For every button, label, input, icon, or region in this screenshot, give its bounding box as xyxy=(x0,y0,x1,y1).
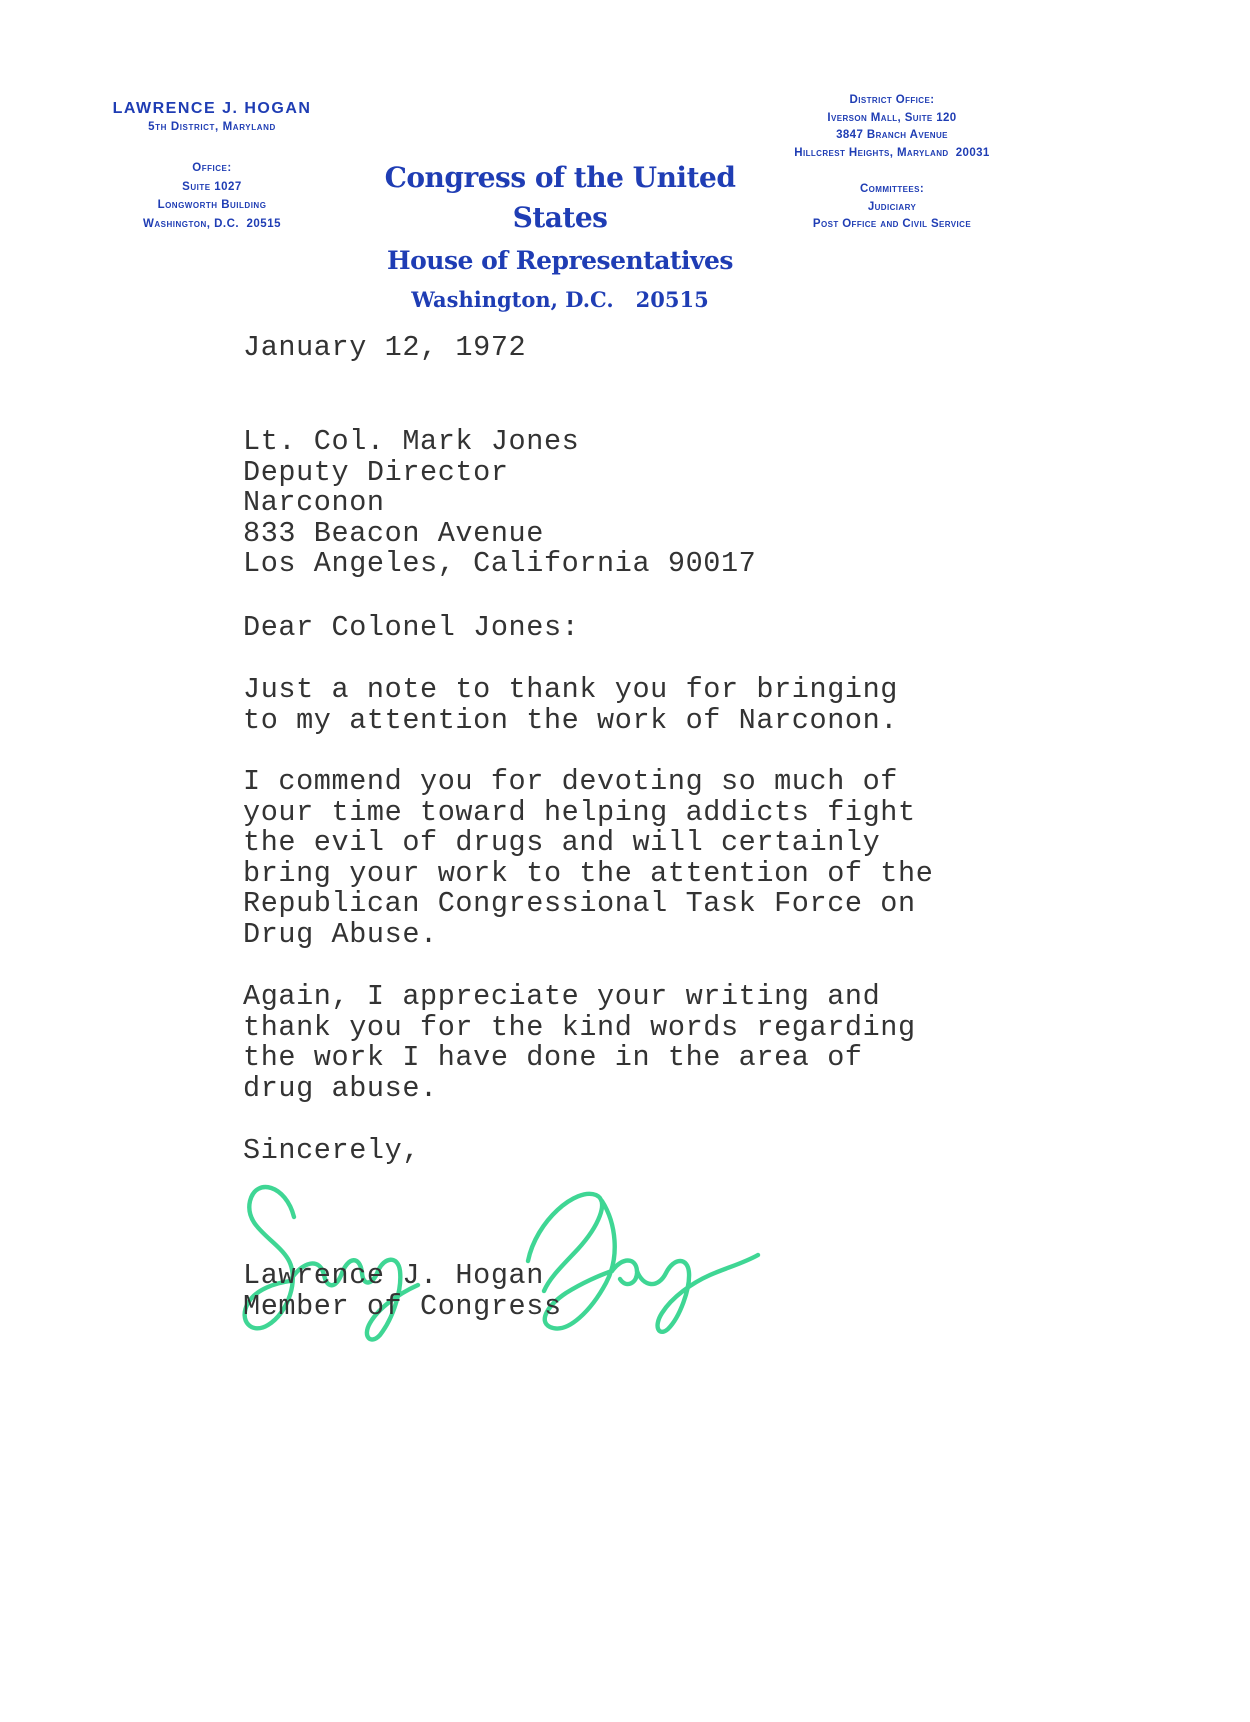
office-label: Office: xyxy=(96,159,328,178)
member-district: 5th District, Maryland xyxy=(96,121,328,133)
office-address-lines: Suite 1027 Longworth Building Washington… xyxy=(96,178,328,234)
letter-page: LAWRENCE J. HOGAN 5th District, Maryland… xyxy=(0,0,1250,1722)
committees-block: Committees: Judiciary Post Office and Ci… xyxy=(760,181,1024,234)
paragraph-3: Again, I appreciate your writing and tha… xyxy=(243,982,916,1104)
district-office-label: District Office: xyxy=(760,92,1024,110)
paragraph-1: Just a note to thank you for bringing to… xyxy=(243,675,898,736)
letterhead-title-block: Congress of the United States House of R… xyxy=(335,158,785,314)
committees-label: Committees: xyxy=(760,181,1024,199)
signer-name-title: Lawrence J. Hogan Member of Congress xyxy=(243,1261,562,1322)
paragraph-2: I commend you for devoting so much of yo… xyxy=(243,767,933,951)
office-address-block: Office: Suite 1027 Longworth Building Wa… xyxy=(96,159,328,233)
member-name: LAWRENCE J. HOGAN xyxy=(96,100,328,118)
salutation: Dear Colonel Jones: xyxy=(243,613,579,644)
house-title: House of Representatives xyxy=(335,243,785,279)
congress-title: Congress of the United States xyxy=(335,158,785,238)
committees-lines: Judiciary Post Office and Civil Service xyxy=(760,199,1024,234)
letter-date: January 12, 1972 xyxy=(243,333,526,364)
washington-line: Washington, D.C. 20515 xyxy=(335,286,785,314)
letterhead-district-office-block: District Office: Iverson Mall, Suite 120… xyxy=(760,92,1024,234)
district-office-lines: Iverson Mall, Suite 120 3847 Branch Aven… xyxy=(760,110,1024,163)
letterhead-member-block: LAWRENCE J. HOGAN 5th District, Maryland… xyxy=(96,100,328,233)
closing: Sincerely, xyxy=(243,1136,420,1167)
recipient-address: Lt. Col. Mark Jones Deputy Director Narc… xyxy=(243,427,756,580)
